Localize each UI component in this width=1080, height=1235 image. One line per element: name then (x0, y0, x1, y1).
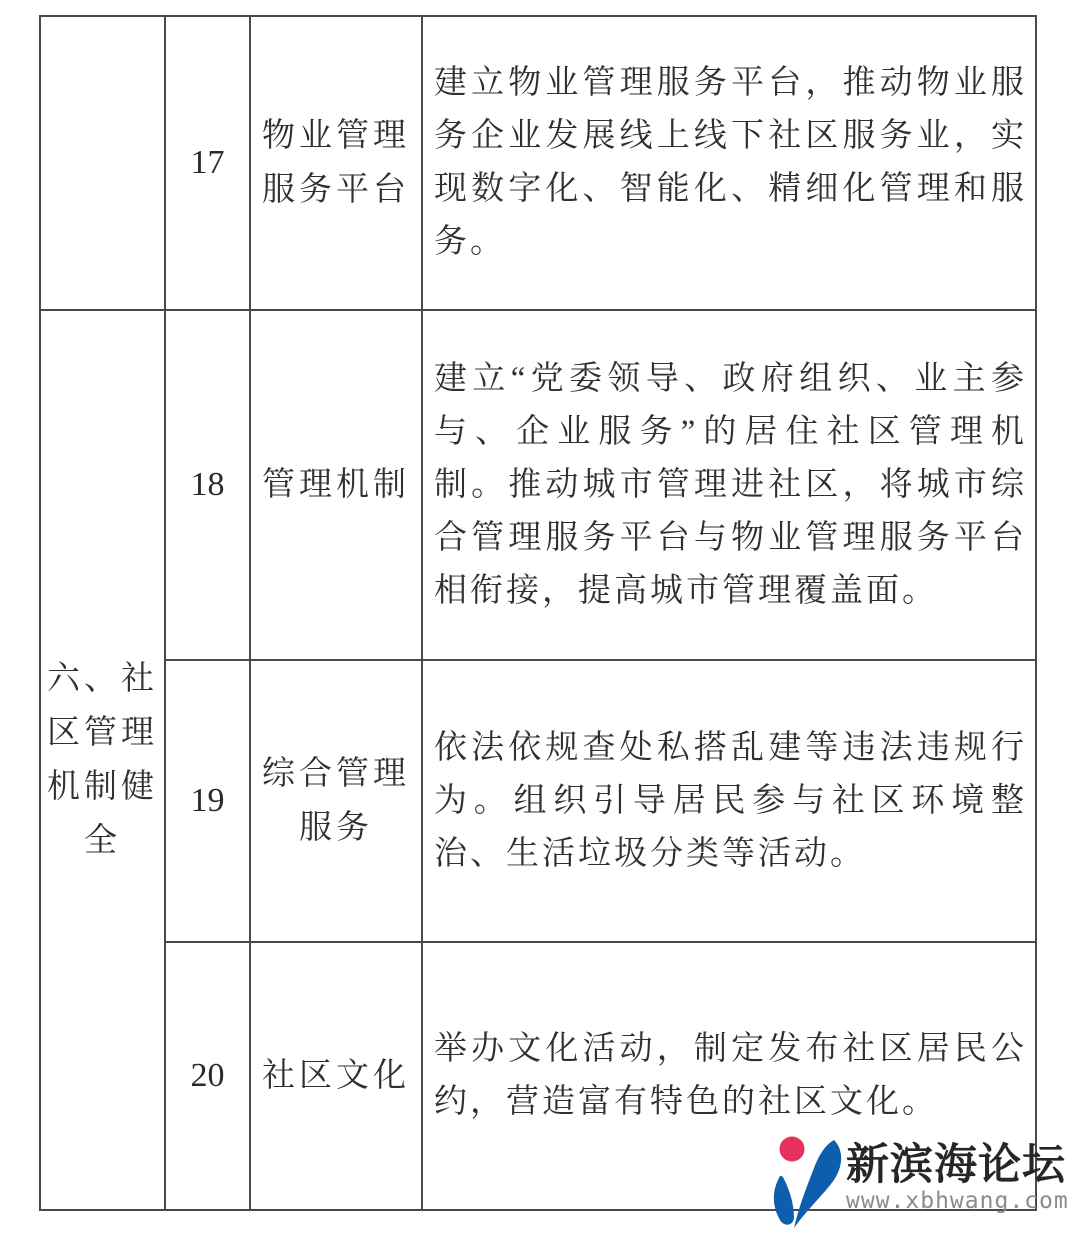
item-name-cell: 社区文化 (250, 942, 422, 1210)
table-row: 17 物业管理服务平台 建立物业管理服务平台，推动物业服务企业发展线上线下社区服… (40, 16, 1036, 310)
item-name-cell: 物业管理服务平台 (250, 16, 422, 310)
community-assessment-table: 17 物业管理服务平台 建立物业管理服务平台，推动物业服务企业发展线上线下社区服… (39, 15, 1037, 1211)
row-number: 20 (165, 942, 250, 1210)
item-name-cell: 管理机制 (250, 310, 422, 660)
logo-swoosh-small (774, 1176, 794, 1225)
item-desc-cell: 建立物业管理服务平台，推动物业服务企业发展线上线下社区服务业，实现数字化、智能化… (422, 16, 1036, 310)
category-cell: 六、社区管理机制健全 (40, 310, 165, 1210)
item-desc-cell: 建立“党委领导、政府组织、业主参与、企业服务”的居住社区管理机制。推动城市管理进… (422, 310, 1036, 660)
logo-red-dot (780, 1137, 805, 1162)
table-row: 六、社区管理机制健全 18 管理机制 建立“党委领导、政府组织、业主参与、企业服… (40, 310, 1036, 660)
row-number: 19 (165, 660, 250, 942)
row-number: 17 (165, 16, 250, 310)
watermark-text: 新滨海论坛 www.xbhwang.com (846, 1126, 1069, 1214)
forum-logo-icon (762, 1126, 850, 1232)
category-cell-empty (40, 16, 165, 310)
item-desc-cell: 依法依规查处私搭乱建等违法违规行为。组织引导居民参与社区环境整治、生活垃圾分类等… (422, 660, 1036, 942)
site-url: www.xbhwang.com (846, 1189, 1069, 1214)
item-name-cell: 综合管理服务 (250, 660, 422, 942)
row-number: 18 (165, 310, 250, 660)
site-name: 新滨海论坛 (846, 1143, 1069, 1188)
table-row: 19 综合管理服务 依法依规查处私搭乱建等违法违规行为。组织引导居民参与社区环境… (40, 660, 1036, 942)
site-watermark: 新滨海论坛 www.xbhwang.com (762, 1126, 1074, 1232)
